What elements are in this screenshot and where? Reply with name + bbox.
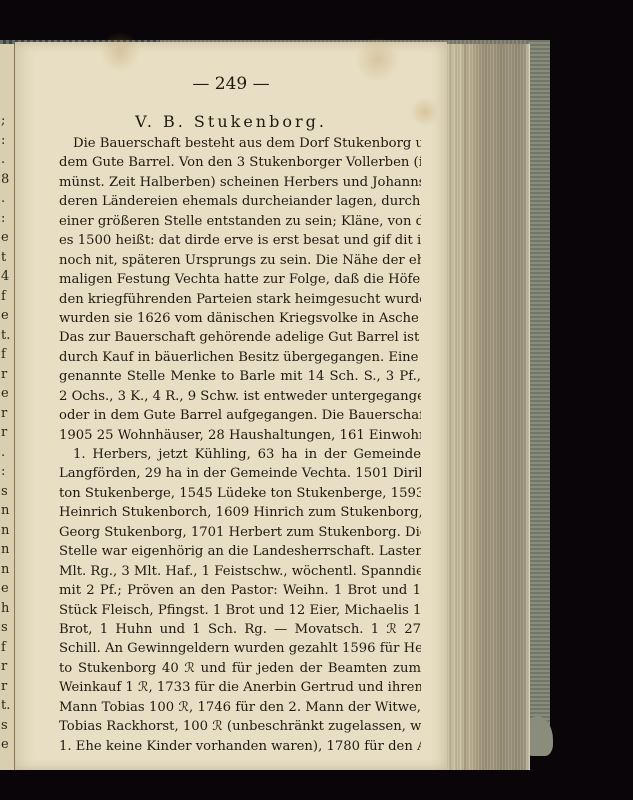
body-text: Die Bauerschaft besteht aus dem Dorf Stu… (59, 134, 421, 756)
left-page-fragment: r (1, 680, 7, 693)
left-page-fragment: e (1, 231, 9, 244)
book-page: — 249 — V. B. Stukenborg. Die Bauerschaf… (15, 42, 447, 770)
text-line: Tobias Rackhorst, 100 ℛ (unbeschränkt zu… (59, 717, 421, 736)
left-page-sliver: ;:.8.:et4fet.frerr.:snnnnehsfrrt.se (0, 44, 16, 770)
text-line: 1. Herbers, jetzt Kühling, 63 ha in der … (59, 445, 421, 464)
left-page-fragment: 4 (1, 270, 9, 283)
left-page-fragment: . (1, 192, 5, 205)
text-line: Langförden, 29 ha in der Gemeinde Vechta… (59, 464, 421, 483)
text-line: durch Kauf in bäuerlichen Besitz übergeg… (59, 348, 421, 367)
left-page-fragment: r (1, 407, 7, 420)
left-page-fragment: r (1, 368, 7, 381)
text-line: einer größeren Stelle entstanden zu sein… (59, 212, 421, 231)
text-line: Heinrich Stukenborch, 1609 Hinrich zum S… (59, 503, 421, 522)
text-line: Weinkauf 1 ℛ, 1733 für die Anerbin Gertr… (59, 678, 421, 697)
page-edges-stack (445, 44, 530, 770)
left-page-fragment: ; (1, 114, 5, 127)
text-line: Georg Stukenborg, 1701 Herbert zum Stuke… (59, 523, 421, 542)
left-page-fragment: s (1, 485, 8, 498)
left-page-fragment: r (1, 660, 7, 673)
left-page-fragment: . (1, 153, 5, 166)
text-line: oder in dem Gute Barrel aufgegangen. Die… (59, 406, 421, 425)
left-page-fragment: n (1, 563, 9, 576)
text-line: den kriegführenden Parteien stark heimge… (59, 290, 421, 309)
text-line: es 1500 heißt: dat dirde erve is erst be… (59, 231, 421, 250)
left-page-fragment: n (1, 504, 9, 517)
text-line: maligen Festung Vechta hatte zur Folge, … (59, 270, 421, 289)
left-page-fragment: n (1, 524, 9, 537)
text-line: Das zur Bauerschaft gehörende adelige Gu… (59, 328, 421, 347)
text-line: to Stukenborg 40 ℛ und für jeden der Bea… (59, 659, 421, 678)
left-page-fragment: . (1, 446, 5, 459)
text-line: münst. Zeit Halberben) scheinen Herbers … (59, 173, 421, 192)
text-line: Mann Tobias 100 ℛ, 1746 für den 2. Mann … (59, 698, 421, 717)
paper-stain (100, 32, 140, 72)
text-line: noch nit, späteren Ursprungs zu sein. Di… (59, 251, 421, 270)
text-line: Brot, 1 Huhn und 1 Sch. Rg. — Movatsch. … (59, 620, 421, 639)
text-line: 2 Ochs., 3 K., 4 R., 9 Schw. ist entwede… (59, 387, 421, 406)
text-line: 1. Ehe keine Kinder vorhanden waren), 17… (59, 737, 421, 756)
left-page-fragment: t. (1, 329, 10, 342)
left-page-fragment: : (1, 465, 5, 478)
text-line: Mlt. Rg., 3 Mlt. Haf., 1 Feistschw., wöc… (59, 562, 421, 581)
left-page-fragment: t (1, 251, 6, 264)
text-line: mit 2 Pf.; Pröven an den Pastor: Weihn. … (59, 581, 421, 600)
left-page-fragment: h (1, 602, 9, 615)
left-page-fragment: r (1, 426, 7, 439)
text-line: Schill. An Gewinngeldern wurden gezahlt … (59, 639, 421, 658)
left-page-fragment: 8 (1, 173, 9, 186)
text-line: Stück Fleisch, Pfingst. 1 Brot und 12 Ei… (59, 601, 421, 620)
text-line: 1905 25 Wohnhäuser, 28 Haushaltungen, 16… (59, 426, 421, 445)
left-page-fragment: e (1, 387, 9, 400)
left-page-fragment: e (1, 582, 9, 595)
left-page-fragment: : (1, 212, 5, 225)
text-line: Die Bauerschaft besteht aus dem Dorf Stu… (59, 134, 421, 153)
text-line: ton Stukenberge, 1545 Lüdeke ton Stukenb… (59, 484, 421, 503)
text-line: Stelle war eigenhörig an die Landesherrs… (59, 542, 421, 561)
book-cover-right-edge (528, 40, 550, 740)
left-page-fragment: f (1, 290, 6, 303)
text-line: genannte Stelle Menke to Barle mit 14 Sc… (59, 367, 421, 386)
text-line: wurden sie 1626 vom dänischen Kriegsvolk… (59, 309, 421, 328)
left-page-fragment: s (1, 719, 8, 732)
text-line: deren Ländereien ehemals durcheiander la… (59, 192, 421, 211)
left-page-fragment: f (1, 641, 6, 654)
left-page-fragment: t. (1, 699, 10, 712)
section-heading: V. B. Stukenborg. (15, 112, 447, 131)
left-page-fragment: e (1, 309, 9, 322)
left-page-fragment: f (1, 348, 6, 361)
left-page-fragment: : (1, 134, 5, 147)
left-page-fragment: e (1, 738, 9, 751)
text-line: dem Gute Barrel. Von den 3 Stukenborger … (59, 153, 421, 172)
left-page-fragment: s (1, 621, 8, 634)
left-page-fragment: n (1, 543, 9, 556)
page-number: — 249 — (15, 74, 447, 94)
